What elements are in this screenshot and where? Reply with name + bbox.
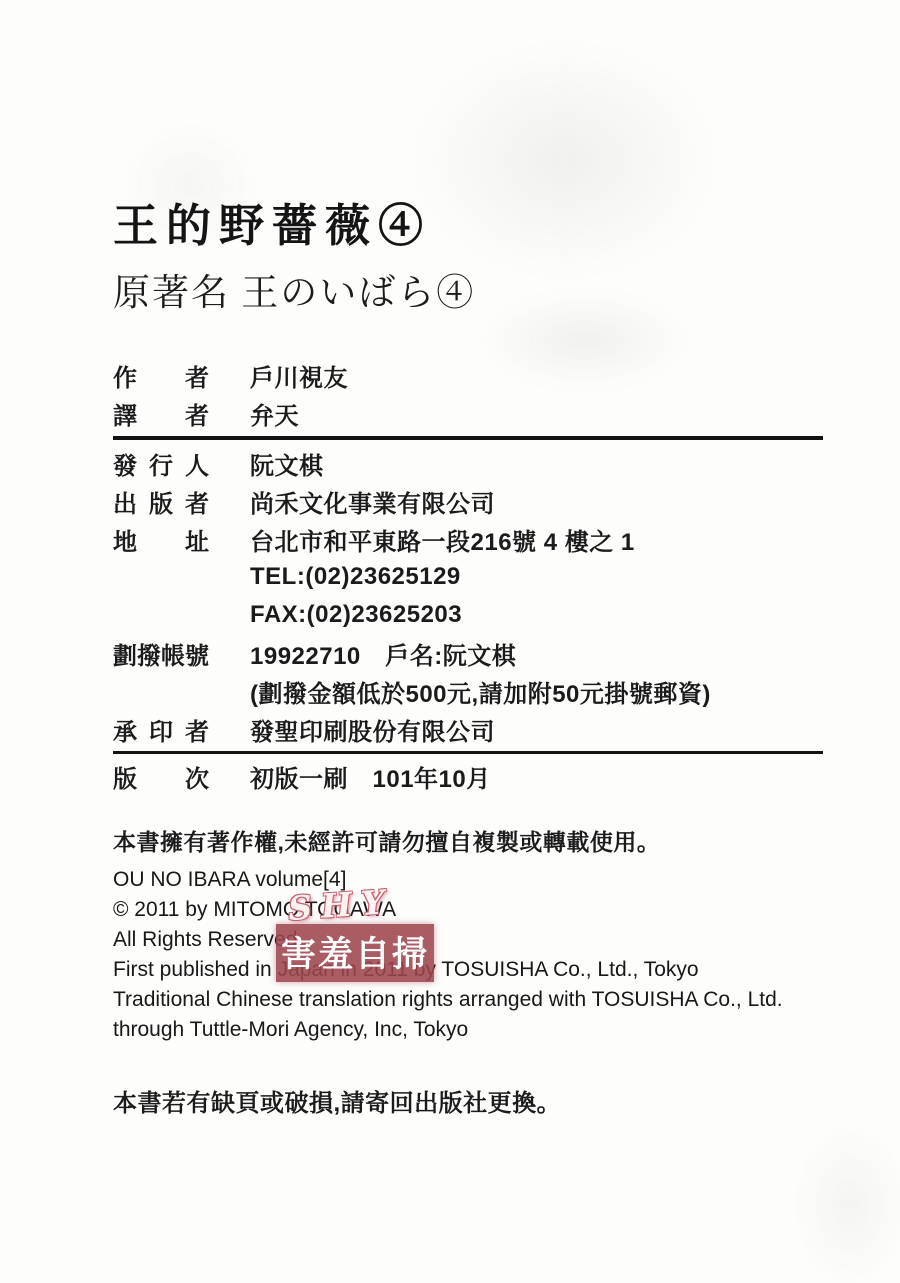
row-translator: 譯 者 弁天 (113, 394, 825, 432)
colophon-page: 王的野薔薇④ 原著名 王のいばら④ 作 者 戶川視友 譯 者 弁天 發 行 人 … (0, 0, 900, 1283)
field-label: 譯 者 (113, 396, 209, 431)
field-label: 出 版 者 (113, 484, 209, 519)
copyright-block: 本書擁有著作權,未經許可請勿擅自複製或轉載使用。 OU NO IBARA vol… (113, 827, 825, 1045)
colophon-table: 作 者 戶川視友 譯 者 弁天 發 行 人 阮文棋 出 版 者 尚禾文化事業有限… (113, 356, 825, 795)
row-address: 地 址 台北市和平東路一段216號 4 樓之 1 (113, 520, 825, 558)
copyright-line-agency: through Tuttle-Mori Agency, Inc, Tokyo (113, 1015, 825, 1045)
watermark-script-logo: SHY (287, 879, 435, 928)
row-printer: 承 印 者 發聖印刷股份有限公司 (113, 710, 825, 748)
watermark-group-name: 害羞自掃 (276, 924, 434, 982)
field-value: 台北市和平東路一段216號 4 樓之 1 (250, 522, 635, 557)
copyright-line-year: © 2011 by MITOMO TOGAWA (113, 895, 825, 925)
book-title: 王的野薔薇④ (113, 0, 825, 252)
copyright-line-first-published: First published in Japan in 2011 by TOSU… (113, 955, 825, 985)
row-edition: 版 次 初版一刷 101年10月 (113, 757, 825, 795)
original-title-label: 原著名 (113, 273, 230, 314)
field-value: 初版一刷 101年10月 (250, 759, 491, 794)
divider-thick (113, 436, 823, 440)
field-value: 尚禾文化事業有限公司 (250, 484, 495, 519)
field-label: 作 者 (113, 358, 209, 393)
scan-artifact (790, 1120, 900, 1283)
copyright-line-translation: Traditional Chinese translation rights a… (113, 985, 825, 1015)
field-label: 發 行 人 (113, 446, 209, 481)
row-postal-account: 劃撥帳號 19922710 戶名:阮文棋 (113, 634, 825, 672)
field-label: 劃撥帳號 (113, 636, 209, 671)
field-value: 戶川視友 (250, 358, 348, 393)
copyright-line-rights: All Rights Reserved (113, 925, 825, 955)
divider-thin (113, 751, 823, 754)
row-publisher-person: 發 行 人 阮文棋 (113, 444, 825, 482)
scanlation-watermark: SHY 害羞自掃 (276, 884, 434, 982)
field-value: (劃撥金額低於500元,請加附50元掛號郵資) (250, 674, 711, 709)
field-value: 弁天 (250, 396, 299, 431)
field-label: 版 次 (113, 759, 209, 794)
colophon-content: 王的野薔薇④ 原著名 王のいばら④ 作 者 戶川視友 譯 者 弁天 發 行 人 … (113, 0, 825, 1118)
field-label: 承 印 者 (113, 712, 209, 747)
field-value: 阮文棋 (250, 446, 324, 481)
row-postal-note: (劃撥金額低於500元,請加附50元掛號郵資) (113, 672, 825, 710)
field-value: 19922710 戶名:阮文棋 (250, 636, 516, 671)
copyright-notice-cjk: 本書擁有著作權,未經許可請勿擅自複製或轉載使用。 (113, 827, 825, 857)
row-tel: TEL:(02)23625129 (113, 558, 825, 596)
field-value: 發聖印刷股份有限公司 (250, 712, 495, 747)
row-fax: FAX:(02)23625203 (113, 596, 825, 634)
field-value: FAX:(02)23625203 (250, 601, 462, 629)
replacement-note: 本書若有缺頁或破損,請寄回出版社更換。 (113, 1083, 825, 1118)
row-author: 作 者 戶川視友 (113, 356, 825, 394)
field-value: TEL:(02)23625129 (250, 563, 461, 591)
original-title-line: 原著名 王のいばら④ (113, 272, 825, 316)
row-publisher-company: 出 版 者 尚禾文化事業有限公司 (113, 482, 825, 520)
copyright-line-title: OU NO IBARA volume[4] (113, 865, 825, 895)
original-title: 王のいばら④ (241, 273, 475, 314)
field-label: 地 址 (113, 522, 209, 557)
